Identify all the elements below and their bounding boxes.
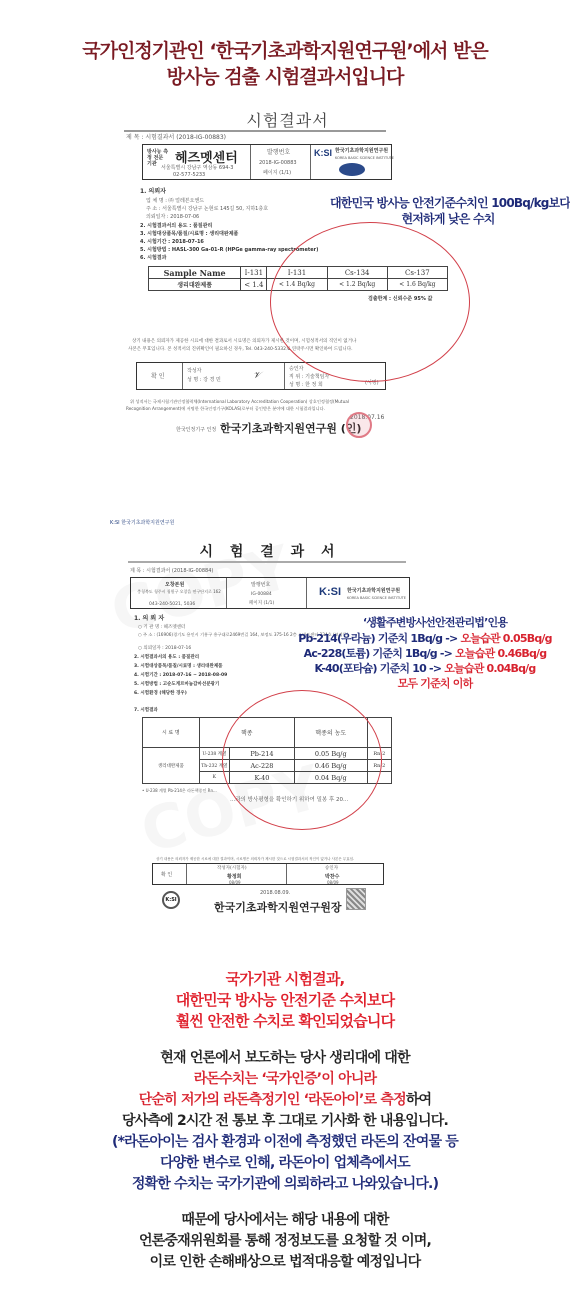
section-period-2: 4. 시험기간 : 2018-07-16 ~ 2018-08-09 [134,672,227,680]
highlight-circle-1 [270,222,470,382]
report-1-header-box: 방사능 측정 전문 기관 헤즈멧센터 서울특별시 강남구 역삼동 694-3 0… [142,144,392,180]
cell-sample-name: 생리대완제품 [143,748,200,784]
table-footnote: • U-238 계열 Pb-214은 라돈핵종인 Rn... [142,787,217,795]
page-label: 페이지 (1/1) [263,169,291,177]
branch-phone: 043-240-5021, 5036 [149,601,195,609]
statement-line-8: 때문에 당사에서는 해당 내용에 대한 [0,1210,570,1231]
statement-line-3-black: 하여 [406,1092,431,1108]
approver-title: 직 위 : 기술책임자 [289,373,329,381]
approver-label: 승인자 [289,365,304,373]
official-seal-icon [346,412,372,438]
qr-code-icon [346,888,366,910]
note-2-item-value: 오늘습관 0.05Bq/g [460,632,551,645]
report-2-subject: 제 목 : 시험결과서 (2018-IG-00884) [130,567,213,575]
statement-line-1: 현재 언론에서 보도하는 당사 생리대에 대한 [0,1048,570,1069]
row-sample: 생리대완제품 [149,279,241,291]
page-label-2: 페이지 (1/1) [249,600,274,608]
confirm-label-2: 확 인 [161,871,172,879]
col-sample-2: 시 료 명 [143,718,200,748]
conclusion-line-3: 훨씬 안전한 수치로 확인되었습니다 [0,1011,570,1032]
client-company: 업 체 명 : ㈜ 얼레븐오앤드 [146,197,204,205]
section-purpose-2: 2. 시험결과서의 용도 : 품질관리 [134,654,199,662]
note-2-item: Ac-228(토륨) 기준치 1Bq/g -> 오늘습관 0.46Bq/g [280,647,570,661]
report-2-top-logo: K:SI 한국기초과학지원연구원 [110,519,174,527]
statement-line-10: 이로 인한 손해배상으로 법적대응할 예정입니다 [0,1252,570,1273]
approver-date-2: 08/09 [327,879,339,887]
section-environment-2: 6. 시험환경 (해당한 경우) [134,690,187,698]
note-2-item-label: Ac-228(토륨) 기준치 1Bq/g -> [304,647,455,660]
report-2-header-box: 오창본원 충청북도 청주시 청원구 오창읍 연구단지로 162 043-240-… [130,577,410,609]
note-1-line-1: 대한민국 방사능 안전기준수치인 100Bq/kg보다 [330,196,566,211]
report-2-title-rule [128,561,406,563]
client-phone: 02-577-5233 [173,171,205,179]
ilac-2: Recognition Arrangement)에 서명한 한국인정기구(KOL… [126,405,325,413]
note-2-item-label: K-40(포타슘) 기준치 10 -> [315,662,445,675]
statement-line-3-red: 단순히 저가의 라돈측정기인 ‘라돈아이’로 측정 [139,1092,406,1108]
footer-institute: 한국기초과학지원연구원 (인) [220,420,361,436]
section-results-2: 7. 시험결과 [134,707,158,715]
section-client: 1. 의뢰자 [140,188,166,196]
section-target: 3. 시험대상품목/품질/시료명 : 생리대완제품 [140,230,238,238]
conclusion-line-1: 국가기관 시험결과, [0,969,570,990]
kolas-emblem-icon [339,163,365,176]
section-purpose: 2. 시험결과서의 용도 : 품질관리 [140,222,212,230]
note-2-item-value: 오늘습관 0.04Bq/g [444,662,535,675]
ksi-logo-2: K:SI [319,586,341,598]
ksi-logo: K:SI [314,148,332,158]
client-org-2: ○ 기 관 명 : 헤즈멧센터 [138,624,185,632]
writer-name: 성 명 : 강 경 민 [187,376,221,384]
writer-date-2: 08/09 [229,879,241,887]
issue-no: 2018-IG-00883 [259,159,297,167]
report-1-title: 시험결과서 [120,108,455,131]
note-2-item: Pb-214(우라늄) 기준치 1Bq/g -> 오늘습관 0.05Bq/g [280,632,570,646]
col-sample-name: Sample Name [149,267,241,279]
writer-label: 작성자 [187,367,202,375]
institute-name-en: KOREA BASIC SCIENCE INSTITUTE [335,154,394,162]
report-1-title-rule [124,130,386,132]
approver-label-2: 승인자 [325,865,338,873]
disclaimer-2-text: 상기 내용은 의뢰자가 제공한 시료에 대한 결과이며, 시료명은 의뢰자가 제… [156,855,354,863]
headline-line-1: 국가인정기관인 ‘한국기초과학지원연구원’에서 받은 [0,38,570,64]
section-period: 4. 시험기간 : 2018-07-16 [140,238,204,246]
headline-line-2: 방사능 검출 시험결과서입니다 [0,64,570,90]
report-2-date: 2018.08.09. [260,889,290,897]
section-target-2: 3. 시험대상품목/품질/시료명 : 생리대완제품 [134,663,223,671]
issue-no-2: IG-00884 [251,591,272,599]
report-2-title: 시 험 결 과 서 [100,541,440,561]
branch-name: 오창본원 [165,581,184,589]
institute-name-en-2: KOREA BASIC SCIENCE INSTITUTE [347,594,406,602]
note-2-item-label: Pb-214(우라늄) 기준치 1Bq/g -> [298,632,460,645]
statement-line-5: (*라돈아이는 검사 환경과 이전에 측정했던 라돈의 잔여물 등 [0,1132,570,1153]
section-results: 6. 시험결과 [140,254,166,262]
note-1-line-2: 현저하게 낮은 수치 [330,212,566,227]
conclusion-line-2: 대한민국 방사능 안전기준 수치보다 [0,990,570,1011]
request-date: 의뢰일자 : 2018-07-06 [146,213,199,221]
footer-institute-2: 한국기초과학지원연구원장 [214,899,342,915]
client-address-line: 주 소 : 서울특별시 강남구 논현로 145길 50, 지하1층호 [146,205,268,213]
issue-label: 발행번호 [267,149,290,157]
note-2-summary: 모두 기준치 이하 [300,677,570,691]
statement-line-9: 언론중재위원회를 통해 정정보도를 요청할 것 이며, [0,1231,570,1252]
statement-line-7: 정확한 수치는 국가기관에 의뢰하라고 나와있습니다.) [0,1174,570,1195]
report-2-sign-box: 확 인 작성자(시험자) 황정희 08/09 승인자 박찬수 08/09 [152,863,384,885]
issue-label-2: 발행번호 [251,581,270,589]
statement-line-2: 라돈수치는 ‘국가인증’이 아니라 [0,1069,570,1090]
ksi-seal-icon: K:SI [162,891,180,909]
writer-signature: 𝒱 [253,371,261,381]
statement-line-4: 당사측에 2시간 전 통보 후 그대로 기사화 한 내용입니다. [0,1111,570,1132]
approver-name: 성 명 : 한 정 희 [289,381,323,389]
branch-address: 충청북도 청주시 청원구 오창읍 연구단지로 162 [133,589,225,594]
highlight-circle-2 [222,690,382,830]
note-2-title: ‘생활주변방사선안전관리법’인용 [300,616,570,630]
report-1-subject: 제 목 : 시험결과서 (2018-IG-00883) [126,134,226,142]
cell-i131-partial: < 1.4 [241,279,267,291]
section-client-2: 1. 의 뢰 자 [134,615,164,623]
writer-label-2: 작성자(시험자) [217,865,247,873]
note-2-item: K-40(포타슘) 기준치 10 -> 오늘습관 0.04Bq/g [280,662,570,676]
note-2-item-value: 오늘습관 0.46Bq/g [455,647,546,660]
confirm-label: 확 인 [151,373,165,381]
footer-prefix: 한국인정기구 인정 [176,426,216,434]
section-method-2: 5. 시험방법 : 고순도게르마늄감마선분광기 [134,681,219,689]
statement-line-6: 다양한 변수로 인해, 라돈아이 업체측에서도 [0,1153,570,1174]
statement-line-3: 단순히 저가의 라돈측정기인 ‘라돈아이’로 측정하여 [0,1090,570,1111]
col-i131-partial: I-131 [241,267,267,279]
request-date-2: ○ 의뢰일자 : 2018-07-16 [138,645,191,653]
